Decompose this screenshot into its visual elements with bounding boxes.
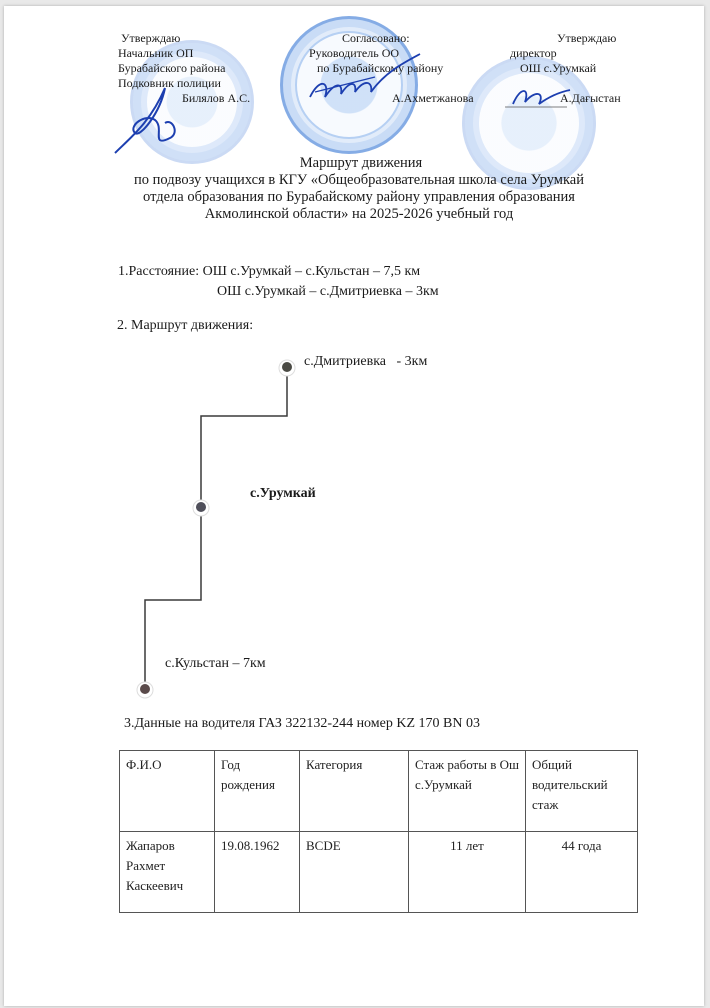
route-stop-kulstan: с.Кульстан – 7км bbox=[165, 656, 266, 672]
cell-full-name: Жапаров Рахмет Каскеевич bbox=[120, 832, 215, 913]
driver-table: Ф.И.О Год рождения Категория Стаж работы… bbox=[119, 750, 638, 913]
header-category: Категория bbox=[300, 751, 409, 832]
cell-birth-date: 19.08.1962 bbox=[215, 832, 300, 913]
section-driver-data: 3.Данные на водителя ГАЗ 322132-244 номе… bbox=[124, 716, 480, 732]
cell-school-experience: 11 лет bbox=[409, 832, 526, 913]
cell-total-experience: 44 года bbox=[526, 832, 638, 913]
route-stop-dmitrievka: с.Дмитриевка - 3км bbox=[304, 354, 427, 370]
header-birth-year: Год рождения bbox=[215, 751, 300, 832]
route-node-icon bbox=[279, 360, 295, 376]
header-school-experience: Стаж работы в Ош с.Урумкай bbox=[409, 751, 526, 832]
route-node-icon bbox=[193, 500, 209, 516]
table-header-row: Ф.И.О Год рождения Категория Стаж работы… bbox=[120, 751, 638, 832]
header-full-name: Ф.И.О bbox=[120, 751, 215, 832]
route-stop-urumkai: с.Урумкай bbox=[250, 486, 316, 502]
table-row: Жапаров Рахмет Каскеевич 19.08.1962 BCDE… bbox=[120, 832, 638, 913]
cell-category: BCDE bbox=[300, 832, 409, 913]
header-total-experience: Общий водительский стаж bbox=[526, 751, 638, 832]
route-node-icon bbox=[137, 682, 153, 698]
